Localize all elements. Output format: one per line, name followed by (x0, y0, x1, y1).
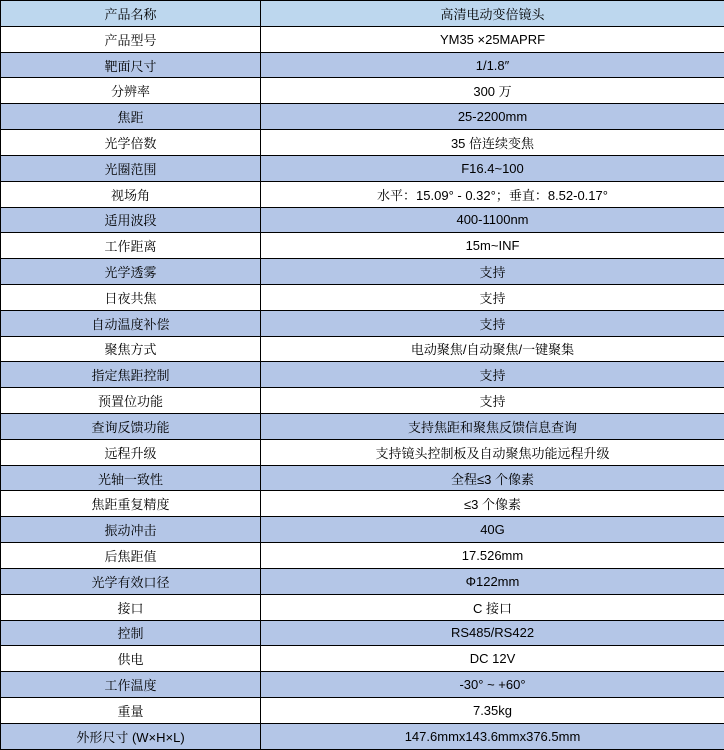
table-row: 控制 RS485/RS422 (1, 620, 724, 646)
table-row: 接口 C 接口 (1, 594, 724, 620)
spec-label: 光学透雾 (1, 259, 261, 285)
spec-value: 15m~INF (261, 233, 724, 259)
spec-label: 工作距离 (1, 233, 261, 259)
table-row: 适用波段 400-1100nm (1, 207, 724, 233)
spec-label: 适用波段 (1, 207, 261, 233)
table-row: 光圈范围 F16.4~100 (1, 155, 724, 181)
spec-label: 外形尺寸 (W×H×L) (1, 723, 261, 749)
spec-value: 水平：15.09° - 0.32°；垂直：8.52-0.17° (261, 181, 724, 207)
spec-value: 支持镜头控制板及自动聚焦功能远程升级 (261, 439, 724, 465)
table-row: 焦距重复精度 ≤3 个像素 (1, 491, 724, 517)
table-row: 光轴一致性 全程≤3 个像素 (1, 465, 724, 491)
spec-value: Φ122mm (261, 568, 724, 594)
spec-value: 300 万 (261, 78, 724, 104)
table-row: 工作温度 -30° ~ +60° (1, 672, 724, 698)
spec-label: 后焦距值 (1, 543, 261, 569)
spec-label: 靶面尺寸 (1, 52, 261, 78)
spec-value: 1/1.8″ (261, 52, 724, 78)
spec-label: 分辨率 (1, 78, 261, 104)
table-row: 后焦距值 17.526mm (1, 543, 724, 569)
spec-label: 查询反馈功能 (1, 414, 261, 440)
table-row: 视场角 水平：15.09° - 0.32°；垂直：8.52-0.17° (1, 181, 724, 207)
spec-label: 光学倍数 (1, 130, 261, 156)
spec-label: 光圈范围 (1, 155, 261, 181)
spec-label: 聚焦方式 (1, 336, 261, 362)
spec-label: 远程升级 (1, 439, 261, 465)
spec-value: 支持焦距和聚焦反馈信息查询 (261, 414, 724, 440)
spec-label: 接口 (1, 594, 261, 620)
spec-value: 支持 (261, 259, 724, 285)
spec-value: C 接口 (261, 594, 724, 620)
table-row: 光学有效口径 Φ122mm (1, 568, 724, 594)
table-row: 聚焦方式 电动聚焦/自动聚焦/一键聚集 (1, 336, 724, 362)
spec-value: 17.526mm (261, 543, 724, 569)
spec-label: 振动冲击 (1, 517, 261, 543)
table-row: 重量 7.35kg (1, 697, 724, 723)
spec-value: 40G (261, 517, 724, 543)
spec-value: F16.4~100 (261, 155, 724, 181)
spec-label: 焦距重复精度 (1, 491, 261, 517)
spec-label: 焦距 (1, 104, 261, 130)
table-row: 日夜共焦 支持 (1, 284, 724, 310)
spec-label: 指定焦距控制 (1, 362, 261, 388)
spec-value: 7.35kg (261, 697, 724, 723)
spec-label: 产品型号 (1, 26, 261, 52)
spec-label: 光学有效口径 (1, 568, 261, 594)
table-row: 自动温度补偿 支持 (1, 310, 724, 336)
table-row: 工作距离 15m~INF (1, 233, 724, 259)
table-row: 查询反馈功能 支持焦距和聚焦反馈信息查询 (1, 414, 724, 440)
spec-label: 重量 (1, 697, 261, 723)
spec-value: DC 12V (261, 646, 724, 672)
spec-label: 自动温度补偿 (1, 310, 261, 336)
spec-label: 供电 (1, 646, 261, 672)
spec-value: 支持 (261, 284, 724, 310)
table-row: 指定焦距控制 支持 (1, 362, 724, 388)
spec-value: 400-1100nm (261, 207, 724, 233)
spec-value: RS485/RS422 (261, 620, 724, 646)
spec-label: 控制 (1, 620, 261, 646)
spec-label: 产品名称 (1, 1, 261, 27)
table-row: 光学倍数 35 倍连续变焦 (1, 130, 724, 156)
table-row: 远程升级 支持镜头控制板及自动聚焦功能远程升级 (1, 439, 724, 465)
spec-value: 25-2200mm (261, 104, 724, 130)
table-row: 焦距 25-2200mm (1, 104, 724, 130)
spec-label: 日夜共焦 (1, 284, 261, 310)
table-row: 光学透雾 支持 (1, 259, 724, 285)
spec-value: 支持 (261, 310, 724, 336)
table-row: 分辨率 300 万 (1, 78, 724, 104)
table-row: 振动冲击 40G (1, 517, 724, 543)
spec-value: 支持 (261, 388, 724, 414)
spec-value: YM35 ×25MAPRF (261, 26, 724, 52)
spec-value: 电动聚焦/自动聚焦/一键聚集 (261, 336, 724, 362)
spec-value: ≤3 个像素 (261, 491, 724, 517)
spec-label: 视场角 (1, 181, 261, 207)
spec-value: 147.6mmx143.6mmx376.5mm (261, 723, 724, 749)
table-row: 外形尺寸 (W×H×L) 147.6mmx143.6mmx376.5mm (1, 723, 724, 749)
spec-label: 预置位功能 (1, 388, 261, 414)
table-row: 供电 DC 12V (1, 646, 724, 672)
table-row: 靶面尺寸 1/1.8″ (1, 52, 724, 78)
table-row: 产品型号 YM35 ×25MAPRF (1, 26, 724, 52)
table-row: 预置位功能 支持 (1, 388, 724, 414)
spec-value: 全程≤3 个像素 (261, 465, 724, 491)
table-row: 产品名称 高清电动变倍镜头 (1, 1, 724, 27)
product-spec-table: 产品名称 高清电动变倍镜头 产品型号 YM35 ×25MAPRF 靶面尺寸 1/… (0, 0, 724, 750)
spec-value: -30° ~ +60° (261, 672, 724, 698)
spec-value: 支持 (261, 362, 724, 388)
spec-value: 高清电动变倍镜头 (261, 1, 724, 27)
spec-value: 35 倍连续变焦 (261, 130, 724, 156)
spec-label: 光轴一致性 (1, 465, 261, 491)
spec-label: 工作温度 (1, 672, 261, 698)
